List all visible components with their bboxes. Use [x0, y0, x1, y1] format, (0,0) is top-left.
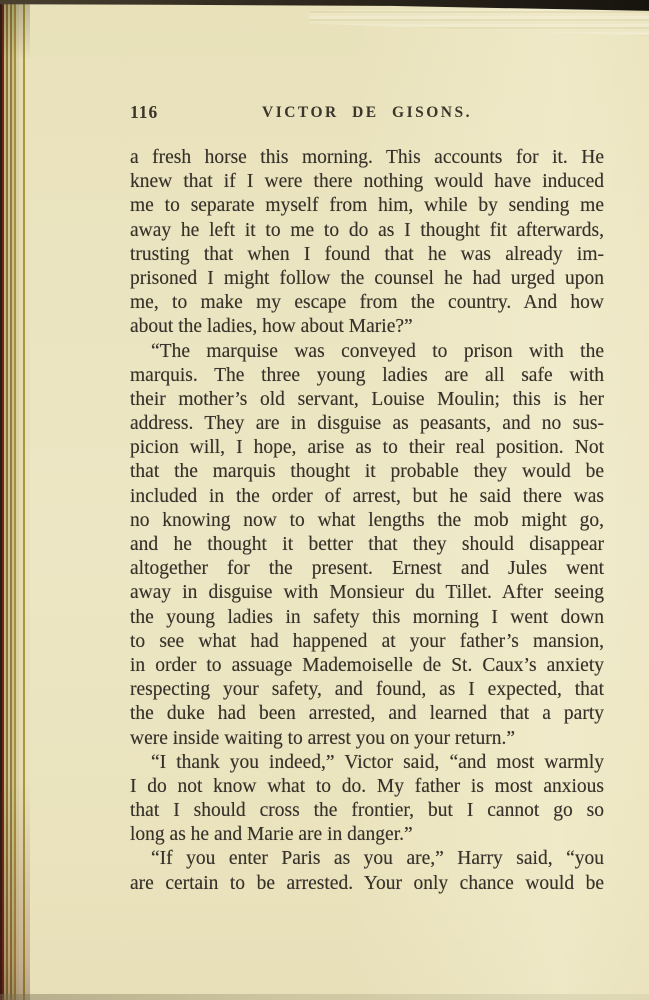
text-line: trusting that when I found that he was a…	[130, 243, 604, 267]
text-line: the young ladies in safety this morning …	[130, 606, 604, 630]
text-line: that I should cross the frontier, but I …	[130, 799, 604, 823]
text-line: are certain to be arrested. Your only ch…	[130, 872, 604, 896]
paragraph: a fresh horse this morning. This account…	[130, 146, 604, 340]
text-line: no knowing now to what lengths the mob m…	[130, 509, 604, 533]
running-title: VICTOR DE GISONS.	[130, 104, 604, 122]
text-line: picion will, I hope, arise as to their r…	[130, 436, 604, 460]
text-line: address. They are in disguise as peasant…	[130, 412, 604, 436]
paragraph: “If you enter Paris as you are,” Harry s…	[130, 847, 604, 895]
text-line: I do not know what to do. My father is m…	[130, 775, 604, 799]
text-line: a fresh horse this morning. This account…	[130, 146, 604, 170]
text-line: “If you enter Paris as you are,” Harry s…	[130, 847, 604, 871]
text-line: included in the order of arrest, but he …	[130, 485, 604, 509]
paragraph: “The marquise was conveyed to prison wit…	[130, 340, 604, 751]
binding-shade	[0, 0, 30, 1000]
scan-bottom-edge	[0, 994, 649, 1000]
text-line: that the marquis thought it probable the…	[130, 460, 604, 484]
text-line: respecting your safety, and found, as I …	[130, 678, 604, 702]
text-line: their mother’s old servant, Louise Mouli…	[130, 388, 604, 412]
text-block: a fresh horse this morning. This account…	[130, 146, 604, 896]
text-line: me to separate myself from him, while by…	[130, 194, 604, 218]
text-line: knew that if I were there nothing would …	[130, 170, 604, 194]
text-line: away he left it to me to do as I thought…	[130, 219, 604, 243]
text-line: long as he and Marie are in danger.”	[130, 823, 604, 847]
text-line: “I thank you indeed,” Victor said, “and …	[130, 751, 604, 775]
paragraph: “I thank you indeed,” Victor said, “and …	[130, 751, 604, 848]
text-line: altogether for the present. Ernest and J…	[130, 557, 604, 581]
text-line: about the ladies, how about Marie?”	[130, 315, 604, 339]
text-line: were inside waiting to arrest you on you…	[130, 727, 604, 751]
text-line: and he thought it better that they shoul…	[130, 533, 604, 557]
text-line: marquis. The three young ladies are all …	[130, 364, 604, 388]
text-line: the duke had been arrested, and learned …	[130, 702, 604, 726]
page-header: 116 VICTOR DE GISONS.	[130, 102, 604, 126]
text-line: “The marquise was conveyed to prison wit…	[130, 340, 604, 364]
text-line: in order to assuage Mademoiselle de St. …	[130, 654, 604, 678]
text-line: me, to make my escape from the country. …	[130, 291, 604, 315]
text-line: prisoned I might follow the counsel he h…	[130, 267, 604, 291]
text-line: to see what had happened at your father’…	[130, 630, 604, 654]
text-line: away in disguise with Monsieur du Tillet…	[130, 581, 604, 605]
